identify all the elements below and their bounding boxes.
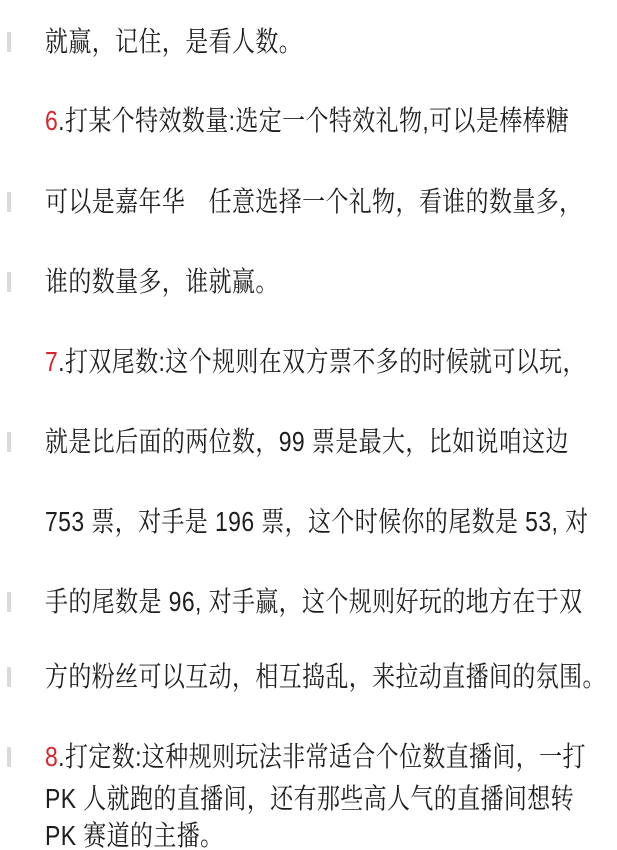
page-edge-artifact [7, 667, 11, 687]
page-edge-artifact [7, 747, 11, 767]
line-text: .打双尾数:这个规则在双方票不多的时候就可以玩， [58, 346, 586, 377]
text-line-rule7-1: 7.打双尾数:这个规则在双方票不多的时候就可以玩， [45, 346, 586, 378]
line-text: 可以是嘉年华 任意选择一个礼物，看谁的数量多， [45, 186, 583, 217]
line-text: 就是比后面的两位数，99 票是最大，比如说咱这边 [45, 426, 569, 457]
text-line-rule8-2: PK 人就跑的直播间，还有那些高人气的直播间想转 [45, 783, 574, 815]
article-page: 就赢，记住，是看人数。 6.打某个特效数量:选定一个特效礼物,可以是棒棒糖 可以… [0, 0, 617, 850]
text-line-rule6-3: 谁的数量多，谁就赢。 [45, 266, 279, 298]
page-edge-artifact [7, 592, 11, 612]
text-line-rule8-3: PK 赛道的主播。 [45, 820, 223, 850]
line-text: .打某个特效数量:选定一个特效礼物,可以是棒棒糖 [58, 105, 569, 136]
line-text: PK 赛道的主播。 [45, 820, 223, 850]
line-text: 方的粉丝可以互动，相互捣乱，来拉动直播间的氛围。 [45, 661, 606, 692]
page-edge-artifact [7, 192, 11, 212]
line-text: 就赢，记住，是看人数。 [45, 26, 302, 57]
text-line-rule7-3: 753 票，对手是 196 票，这个时候你的尾数是 53, 对 [45, 506, 588, 538]
rule-number: 7 [45, 346, 58, 377]
page-edge-artifact [7, 32, 11, 52]
text-line-rule6-1: 6.打某个特效数量:选定一个特效礼物,可以是棒棒糖 [45, 105, 569, 137]
rule-number: 8 [45, 741, 58, 772]
text-line-continuation: 就赢，记住，是看人数。 [45, 26, 302, 58]
line-text: .打定数:这种规则玩法非常适合个位数直播间，一打 [58, 741, 586, 772]
text-line-rule7-2: 就是比后面的两位数，99 票是最大，比如说咱这边 [45, 426, 569, 458]
text-line-rule6-2: 可以是嘉年华 任意选择一个礼物，看谁的数量多， [45, 186, 583, 218]
line-text: 谁的数量多，谁就赢。 [45, 266, 279, 297]
page-edge-artifact [7, 432, 11, 452]
line-text: PK 人就跑的直播间，还有那些高人气的直播间想转 [45, 783, 574, 814]
rule-number: 6 [45, 105, 58, 136]
line-text: 753 票，对手是 196 票，这个时候你的尾数是 53, 对 [45, 506, 588, 537]
line-text: 手的尾数是 96, 对手赢，这个规则好玩的地方在于双 [45, 586, 583, 617]
text-line-rule8-1: 8.打定数:这种规则玩法非常适合个位数直播间，一打 [45, 741, 586, 773]
page-edge-artifact [7, 272, 11, 292]
text-line-rule7-4: 手的尾数是 96, 对手赢，这个规则好玩的地方在于双 [45, 586, 583, 618]
text-line-rule7-5: 方的粉丝可以互动，相互捣乱，来拉动直播间的氛围。 [45, 661, 606, 693]
